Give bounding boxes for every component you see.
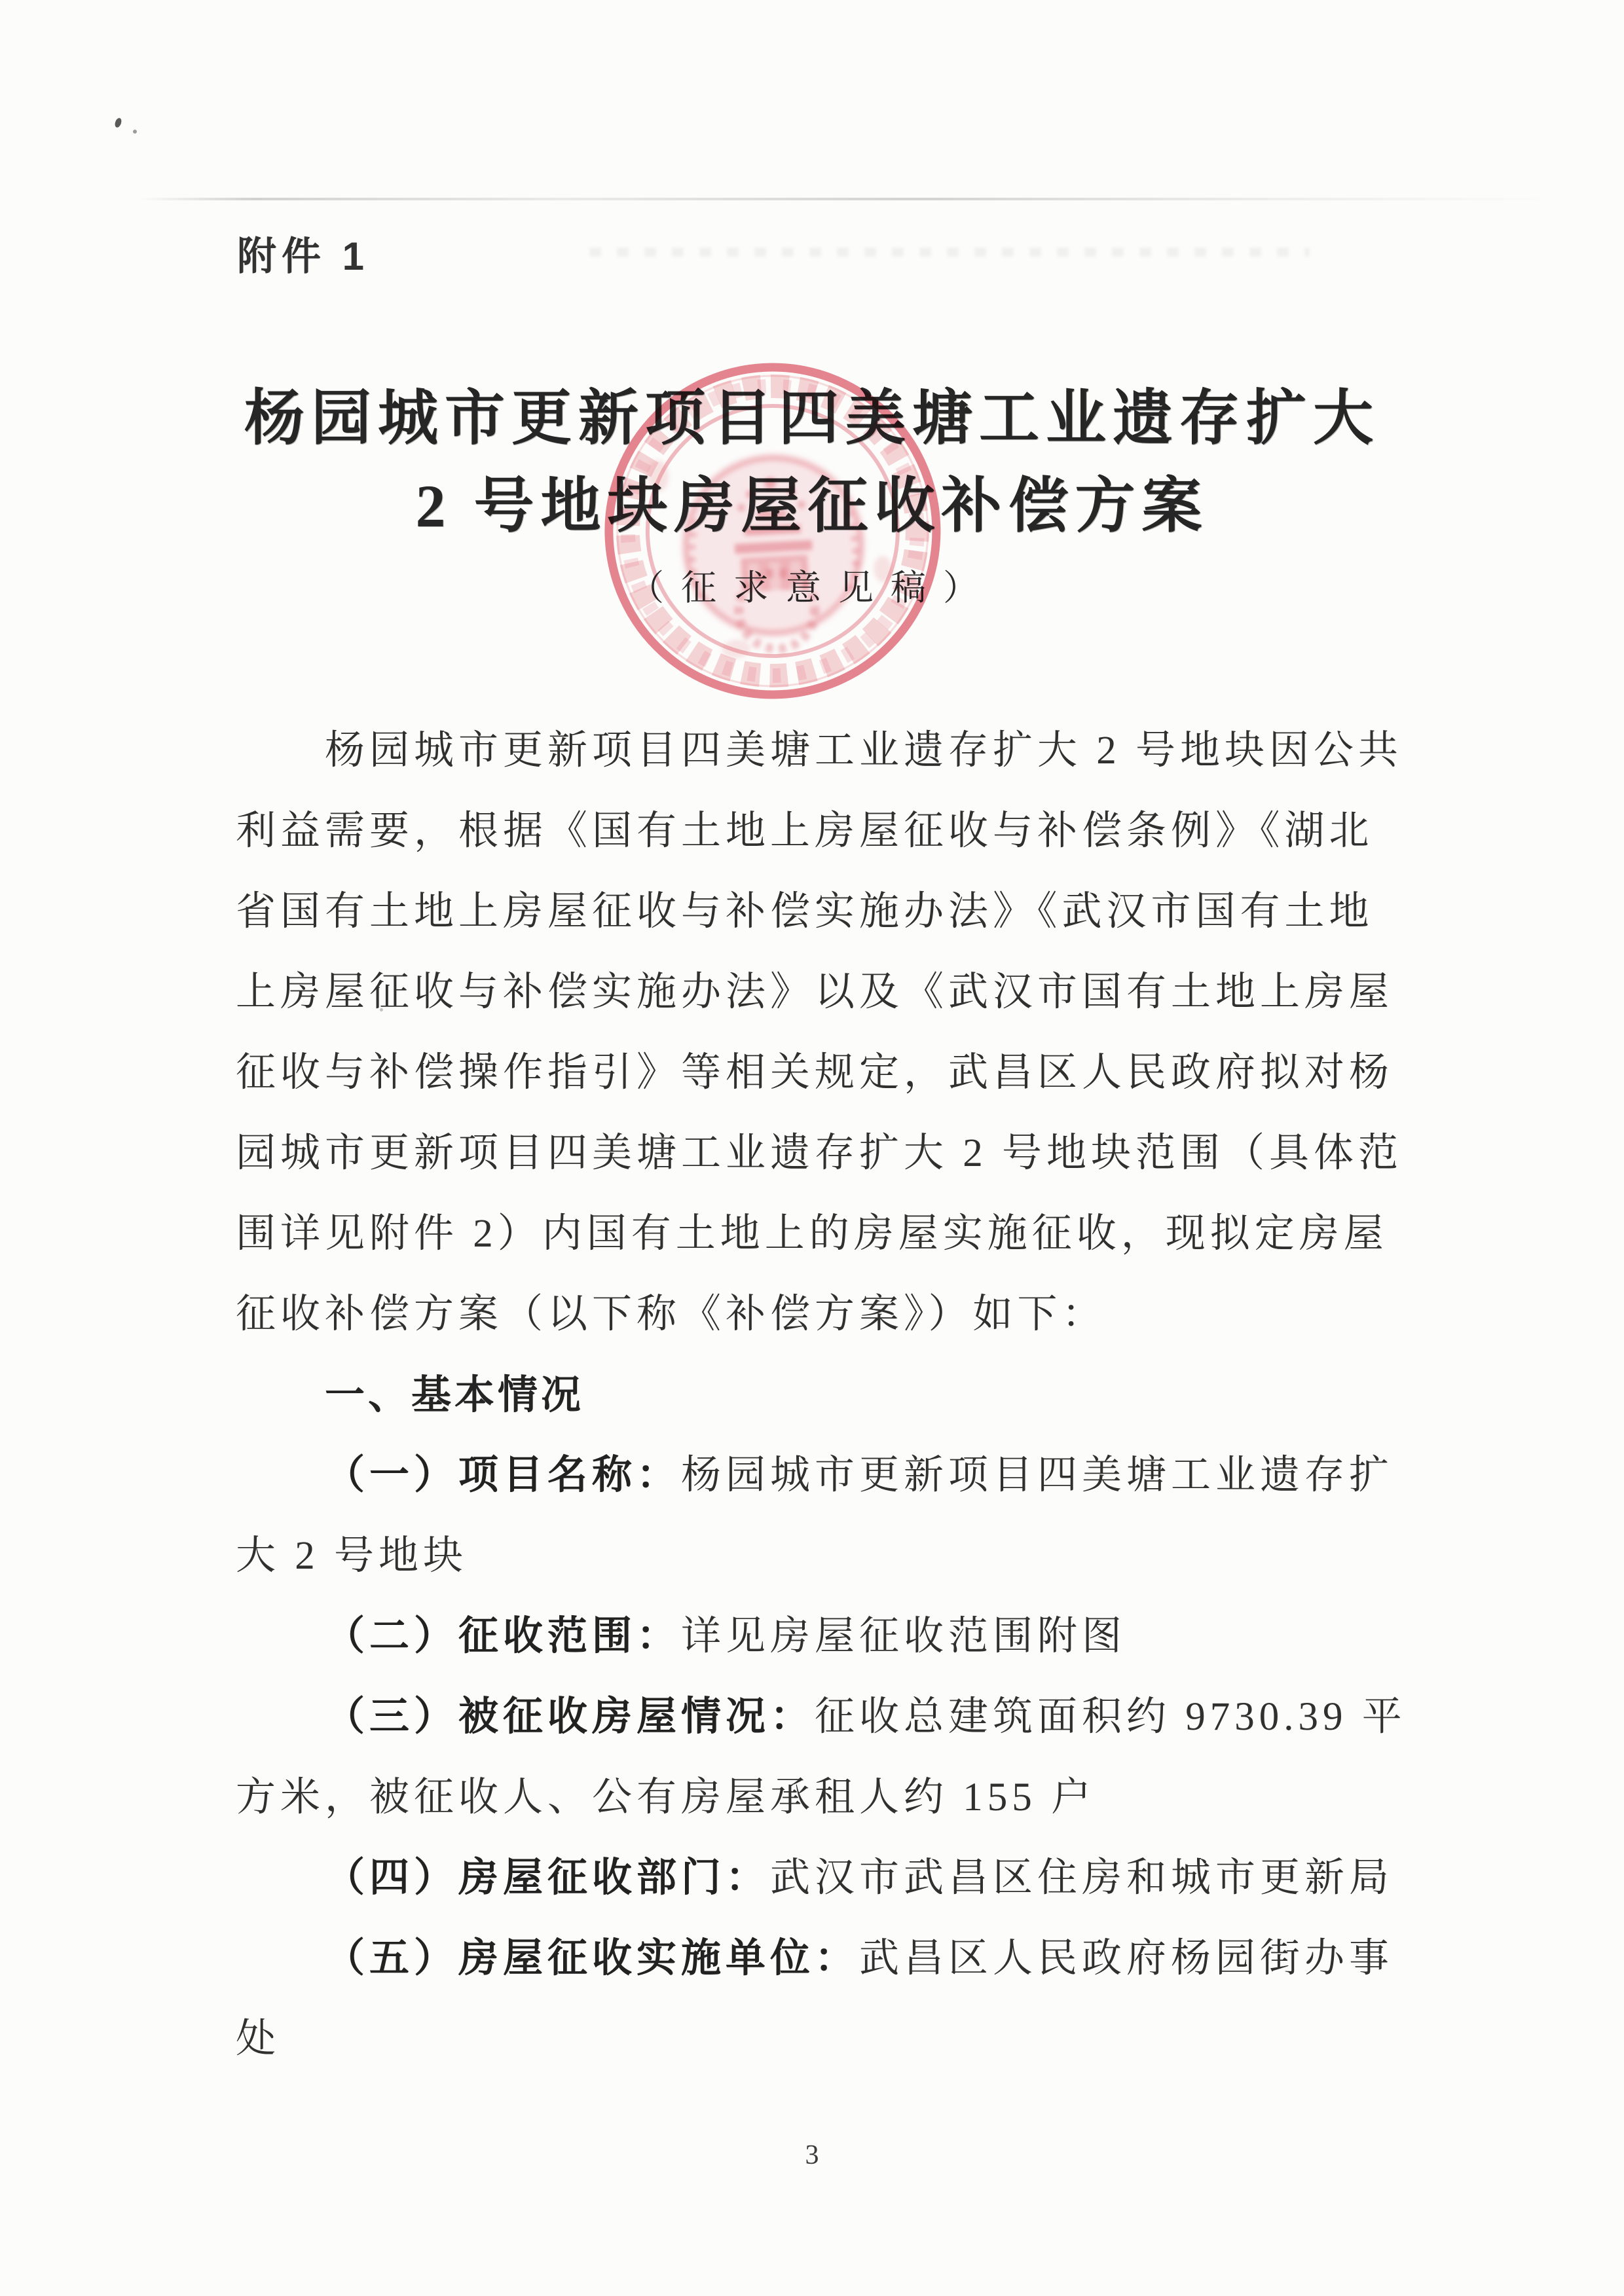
section-heading: 一、基本情况 bbox=[236, 1355, 1428, 1435]
item-label: （三）被征收房屋情况： bbox=[325, 1695, 815, 1739]
line-text: 处 bbox=[236, 2017, 280, 2061]
body-line: 杨园城市更新项目四美塘工业遗存扩大 2 号地块因公共 bbox=[236, 710, 1428, 791]
body-line: 围详见附件 2）内国有土地上的房屋实施征收，现拟定房屋 bbox=[236, 1194, 1428, 1274]
line-text: 利益需要，根据《国有土地上房屋征收与补偿条例》《湖北 bbox=[236, 809, 1374, 853]
line-text: 武昌区人民政府杨园街办事 bbox=[859, 1937, 1393, 1980]
line-text: 杨园城市更新项目四美塘工业遗存扩大 2 号地块因公共 bbox=[325, 729, 1403, 773]
body-line: 省国有土地上房屋征收与补偿实施办法》《武汉市国有土地 bbox=[236, 871, 1428, 952]
body-line: 征收与补偿操作指引》等相关规定，武昌区人民政府拟对杨 bbox=[236, 1032, 1428, 1113]
attachment-label: 附件 1 bbox=[237, 230, 369, 283]
body-text: 杨园城市更新项目四美塘工业遗存扩大 2 号地块因公共利益需要，根据《国有土地上房… bbox=[236, 710, 1428, 2079]
item-label: （五）房屋征收实施单位： bbox=[325, 1937, 859, 1980]
scan-streak-artifact bbox=[138, 198, 1559, 200]
body-line: 征收补偿方案（以下称《补偿方案》）如下： bbox=[236, 1274, 1428, 1355]
line-text: 武汉市武昌区住房和城市更新局 bbox=[770, 1856, 1393, 1900]
body-line: （三）被征收房屋情况：征收总建筑面积约 9730.39 平 bbox=[236, 1677, 1428, 1757]
line-text: 详见房屋征收范围附图 bbox=[681, 1614, 1126, 1658]
line-text: 征收补偿方案（以下称《补偿方案》）如下： bbox=[236, 1292, 1107, 1336]
seal-national-emblem bbox=[647, 446, 896, 663]
scan-speck-artifact bbox=[133, 130, 137, 134]
item-label: （二）征收范围： bbox=[325, 1614, 681, 1658]
line-text: 征收总建筑面积约 9730.39 平 bbox=[815, 1695, 1407, 1739]
body-line: 利益需要，根据《国有土地上房屋征收与补偿条例》《湖北 bbox=[236, 791, 1428, 871]
line-text: 园城市更新项目四美塘工业遗存扩大 2 号地块范围（具体范 bbox=[236, 1131, 1403, 1175]
scan-streak-artifact bbox=[589, 247, 1310, 257]
line-text: 一、基本情况 bbox=[325, 1372, 584, 1417]
scan-speck-artifact bbox=[114, 117, 123, 128]
line-text: 围详见附件 2）内国有土地上的房屋实施征收，现拟定房屋 bbox=[236, 1212, 1388, 1256]
body-line: （四）房屋征收部门：武汉市武昌区住房和城市更新局 bbox=[236, 1838, 1428, 1918]
body-line: 园城市更新项目四美塘工业遗存扩大 2 号地块范围（具体范 bbox=[236, 1113, 1428, 1194]
body-line: 上房屋征收与补偿实施办法》以及《武汉市国有土地上房屋 bbox=[236, 952, 1428, 1032]
body-line: 方米，被征收人、公有房屋承租人约 155 户 bbox=[236, 1757, 1428, 1838]
line-text: 杨园城市更新项目四美塘工业遗存扩 bbox=[681, 1453, 1393, 1497]
line-text: 征收与补偿操作指引》等相关规定，武昌区人民政府拟对杨 bbox=[236, 1051, 1393, 1095]
page-number: 3 bbox=[0, 2140, 1624, 2171]
line-text: 方米，被征收人、公有房屋承租人约 155 户 bbox=[236, 1776, 1096, 1819]
line-text: 大 2 号地块 bbox=[236, 1534, 468, 1578]
item-label: （四）房屋征收部门： bbox=[325, 1856, 770, 1900]
body-line: （一）项目名称：杨园城市更新项目四美塘工业遗存扩 bbox=[236, 1435, 1428, 1516]
official-seal-stamp bbox=[590, 350, 955, 714]
body-line: 处 bbox=[236, 1999, 1428, 2079]
body-line: （五）房屋征收实施单位：武昌区人民政府杨园街办事 bbox=[236, 1918, 1428, 1999]
item-label: （一）项目名称： bbox=[325, 1453, 681, 1497]
line-text: 上房屋征收与补偿实施办法》以及《武汉市国有土地上房屋 bbox=[236, 970, 1393, 1014]
body-line: （二）征收范围：详见房屋征收范围附图 bbox=[236, 1596, 1428, 1677]
body-line: 大 2 号地块 bbox=[236, 1516, 1428, 1596]
line-text: 省国有土地上房屋征收与补偿实施办法》《武汉市国有土地 bbox=[236, 890, 1374, 934]
